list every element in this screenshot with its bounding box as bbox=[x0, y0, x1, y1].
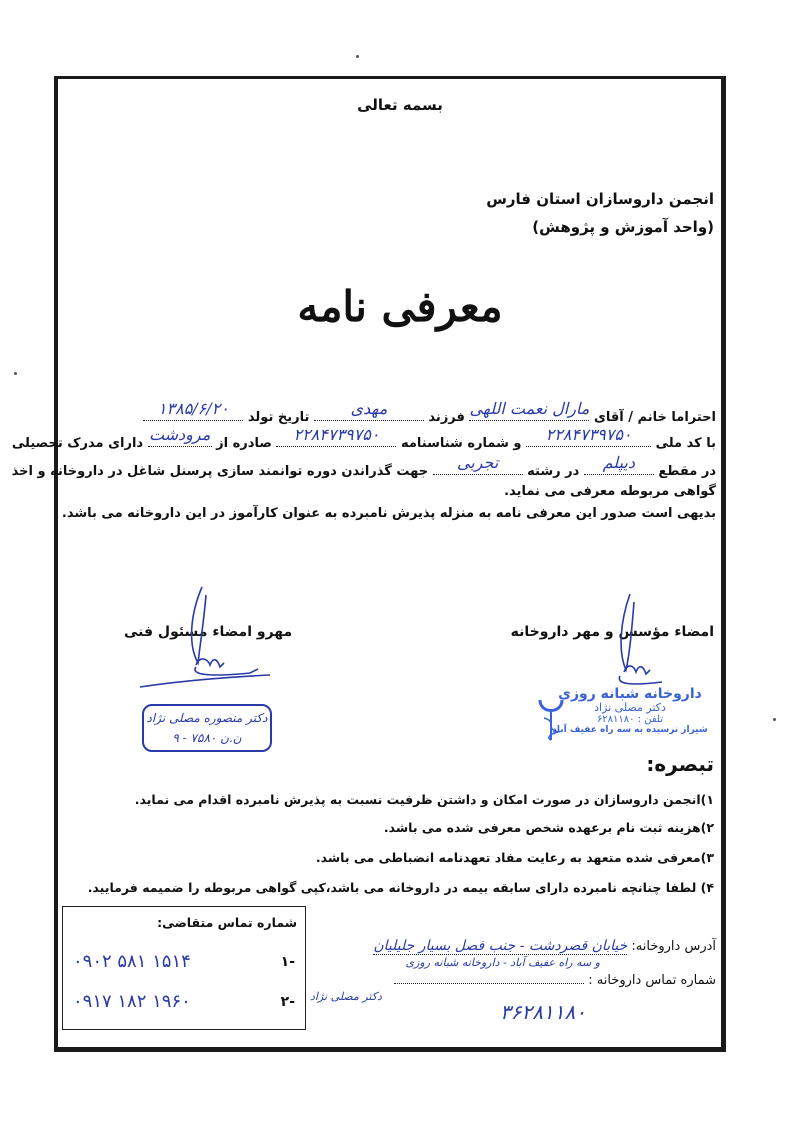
birth-date-label: تاریخ تولد bbox=[248, 410, 309, 425]
applicant-contact-box: شماره تماس متقاضی: -۱ ۰۹۰۲ ۵۸۱ ۱۵۱۴ -۲ ۰… bbox=[62, 906, 306, 1030]
scan-speck bbox=[14, 372, 17, 375]
field-handwritten: تجربی bbox=[433, 453, 523, 472]
pharmacy-stamp: داروخانه شبانه روزی دکتر مصلی نژاد تلفن … bbox=[540, 686, 720, 750]
pharmacy-phone-dots bbox=[394, 983, 584, 984]
pharmacy-address-line: آدرس داروخانه: خیابان قصردشت - جنب فصل ب… bbox=[373, 938, 716, 954]
applicant-contact-title: شماره تماس متقاضی: bbox=[157, 915, 297, 930]
level-handwritten: دیپلم bbox=[584, 453, 654, 472]
contact-index: -۲ bbox=[281, 994, 295, 1010]
basmala-heading: بسمه تعالی bbox=[0, 96, 800, 114]
organization-name: انجمن داروسازان استان فارس bbox=[486, 190, 714, 208]
pharmacy-address-handwritten-3: دکتر مصلی نژاد bbox=[310, 990, 382, 1003]
scan-speck bbox=[773, 718, 776, 721]
applicant-contact-row-2: -۲ ۰۹۱۷ ۱۸۲ ۱۹۶۰ bbox=[73, 991, 295, 1012]
body-line-3: در مقطع دیپلم در رشته تجربی جهت گذراندن … bbox=[12, 460, 716, 479]
pharmacy-stamp-doctor: دکتر مصلی نژاد bbox=[540, 702, 720, 714]
note-item-1: ۱)انجمن داروسازان در صورت امکان و داشتن … bbox=[135, 792, 714, 807]
issued-from-handwritten: مرودشت bbox=[148, 425, 212, 444]
body-line-5: بدیهی است صدور این معرفی نامه به منزله پ… bbox=[62, 506, 716, 521]
doctor-stamp: دکتر منصوره مصلی نژاد ن.ن ۷۵۸۰ - ۹ bbox=[142, 704, 272, 752]
contact-number: ۰۹۰۲ ۵۸۱ ۱۵۱۴ bbox=[73, 951, 191, 972]
id-number-field: ۲۲۸۴۷۳۹۷۵۰ bbox=[276, 432, 396, 447]
note-item-2: ۲)هزینه ثبت نام برعهده شخص معرفی شده می … bbox=[384, 820, 714, 835]
pharmacy-address-label: آدرس داروخانه: bbox=[631, 939, 716, 954]
notes-heading: تبصره: bbox=[646, 752, 714, 776]
applicant-contact-row-1: -۱ ۰۹۰۲ ۵۸۱ ۱۵۱۴ bbox=[73, 951, 295, 972]
national-code-label: با کد ملی bbox=[656, 436, 716, 451]
level-field: دیپلم bbox=[584, 460, 654, 475]
body-line-2: با کد ملی ۲۲۸۴۷۳۹۷۵۰ و شماره شناسنامه ۲۲… bbox=[12, 432, 716, 451]
id-number-label: و شماره شناسنامه bbox=[401, 436, 522, 451]
id-number-handwritten: ۲۲۸۴۷۳۹۷۵۰ bbox=[276, 425, 396, 444]
birth-date-handwritten: ۱۳۸۵/۶/۲۰ bbox=[143, 399, 243, 418]
issued-from-label: صادره از bbox=[216, 436, 272, 451]
pharmacy-address-handwritten: خیابان قصردشت - جنب فصل بسیار جلیلیان bbox=[373, 938, 627, 955]
body-line-1: احتراما خانم / آقای مارال نعمت اللهی فرز… bbox=[143, 406, 716, 425]
father-name-field: مهدی bbox=[314, 406, 424, 421]
body-line-4: گواهی مربوطه معرفی می نماید. bbox=[504, 484, 716, 499]
purpose-text: جهت گذراندن دوره توانمند سازی پرسنل شاغل… bbox=[12, 464, 428, 479]
doctor-stamp-name: دکتر منصوره مصلی نژاد bbox=[144, 708, 270, 728]
pharmacy-address-handwritten-2: و سه راه عفیف آباد - داروخانه شبانه روزی bbox=[405, 956, 600, 969]
pharmacy-stamp-address: شیراز نرسیده به سه راه عفیف آباد bbox=[540, 725, 720, 735]
birth-date-field: ۱۳۸۵/۶/۲۰ bbox=[143, 406, 243, 421]
technical-manager-signature bbox=[120, 585, 280, 695]
doctor-stamp-license: ن.ن ۷۵۸۰ - ۹ bbox=[144, 728, 270, 748]
father-name-handwritten: مهدی bbox=[314, 399, 424, 418]
caduceus-icon bbox=[536, 694, 566, 742]
name-handwritten: مارال نعمت اللهی bbox=[469, 399, 589, 418]
organization-unit: (واحد آموزش و پژوهش) bbox=[532, 218, 714, 236]
child-of-label: فرزند bbox=[428, 410, 464, 425]
note-item-3: ۳)معرفی شده متعهد به رعایت مفاد تعهدنامه… bbox=[316, 850, 714, 865]
national-code-field: ۲۲۸۴۷۳۹۷۵۰ bbox=[526, 432, 651, 447]
pharmacy-stamp-name: داروخانه شبانه روزی bbox=[540, 686, 720, 702]
level-label: در مقطع bbox=[658, 464, 716, 479]
contact-index: -۱ bbox=[281, 954, 295, 970]
field-of-study-field: تجربی bbox=[433, 460, 523, 475]
pharmacy-phone-label: شماره تماس داروخانه : bbox=[588, 973, 716, 988]
scan-speck bbox=[356, 55, 359, 58]
salutation-label: احتراما خانم / آقای bbox=[594, 410, 716, 425]
name-field: مارال نعمت اللهی bbox=[469, 406, 589, 421]
field-label: در رشته bbox=[527, 464, 579, 479]
letter-title: معرفی نامه bbox=[0, 282, 800, 331]
pharmacy-phone-line: شماره تماس داروخانه : bbox=[394, 973, 716, 988]
pharmacy-stamp-phone: تلفن : ۶۲۸۱۱۸۰ bbox=[540, 714, 720, 725]
issued-from-field: مرودشت bbox=[148, 432, 212, 447]
founder-signature bbox=[590, 592, 670, 692]
pharmacy-phone-handwritten: ۳۶۲۸۱۱۸۰ bbox=[500, 1000, 586, 1024]
national-code-handwritten: ۲۲۸۴۷۳۹۷۵۰ bbox=[526, 425, 651, 444]
note-item-4: ۴) لطفا چنانچه نامبرده دارای سابقه بیمه … bbox=[88, 880, 714, 895]
degree-label: دارای مدرک تحصیلی bbox=[12, 436, 143, 451]
contact-number: ۰۹۱۷ ۱۸۲ ۱۹۶۰ bbox=[73, 991, 191, 1012]
